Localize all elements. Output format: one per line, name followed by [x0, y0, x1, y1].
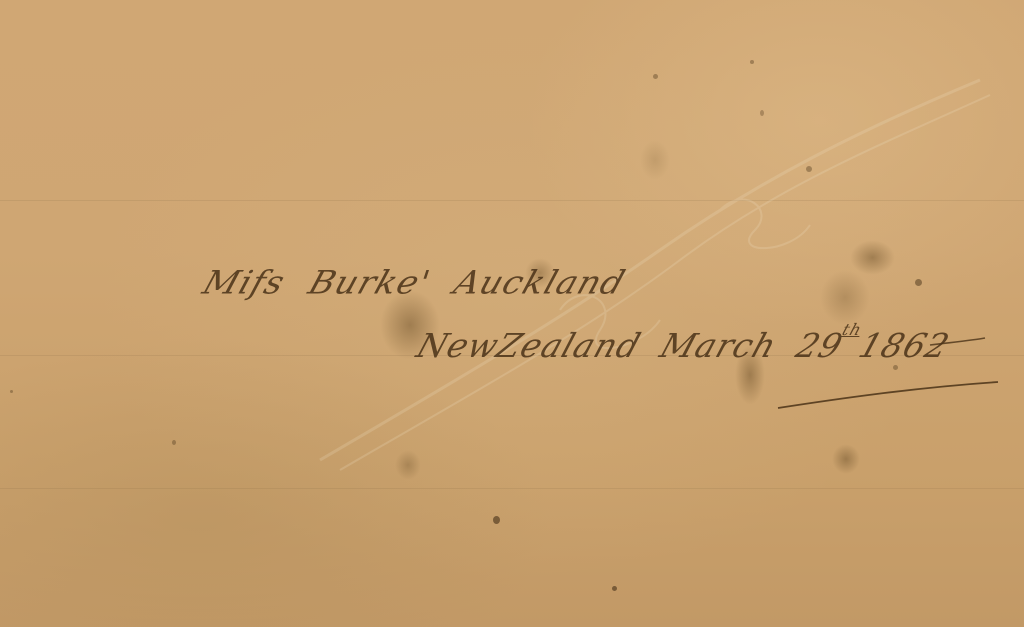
- stain: [850, 240, 895, 275]
- handwritten-word: Mifs: [198, 264, 290, 302]
- ink-speck: [760, 110, 764, 116]
- ink-speck: [806, 166, 812, 172]
- handwritten-word: NewZealand: [412, 326, 646, 365]
- ink-speck: [493, 516, 500, 524]
- underline-flourish: [770, 300, 1010, 420]
- aged-paper-document: MifsBurke'Auckland NewZealandMarch29th18…: [0, 0, 1024, 627]
- ink-speck: [10, 390, 13, 393]
- ink-speck: [612, 586, 617, 591]
- handwritten-word: March: [655, 326, 782, 365]
- stain: [395, 450, 421, 480]
- stain: [640, 140, 670, 180]
- ink-speck: [653, 74, 658, 79]
- ink-speck: [915, 279, 922, 286]
- handwriting-line-recipient: MifsBurke'Auckland: [198, 264, 656, 302]
- ink-speck: [172, 440, 176, 445]
- ink-speck: [750, 60, 754, 64]
- handwritten-word: Auckland: [449, 264, 630, 302]
- stain: [832, 444, 860, 474]
- paper-fold-line: [0, 488, 1024, 489]
- handwritten-word: Burke': [304, 264, 436, 302]
